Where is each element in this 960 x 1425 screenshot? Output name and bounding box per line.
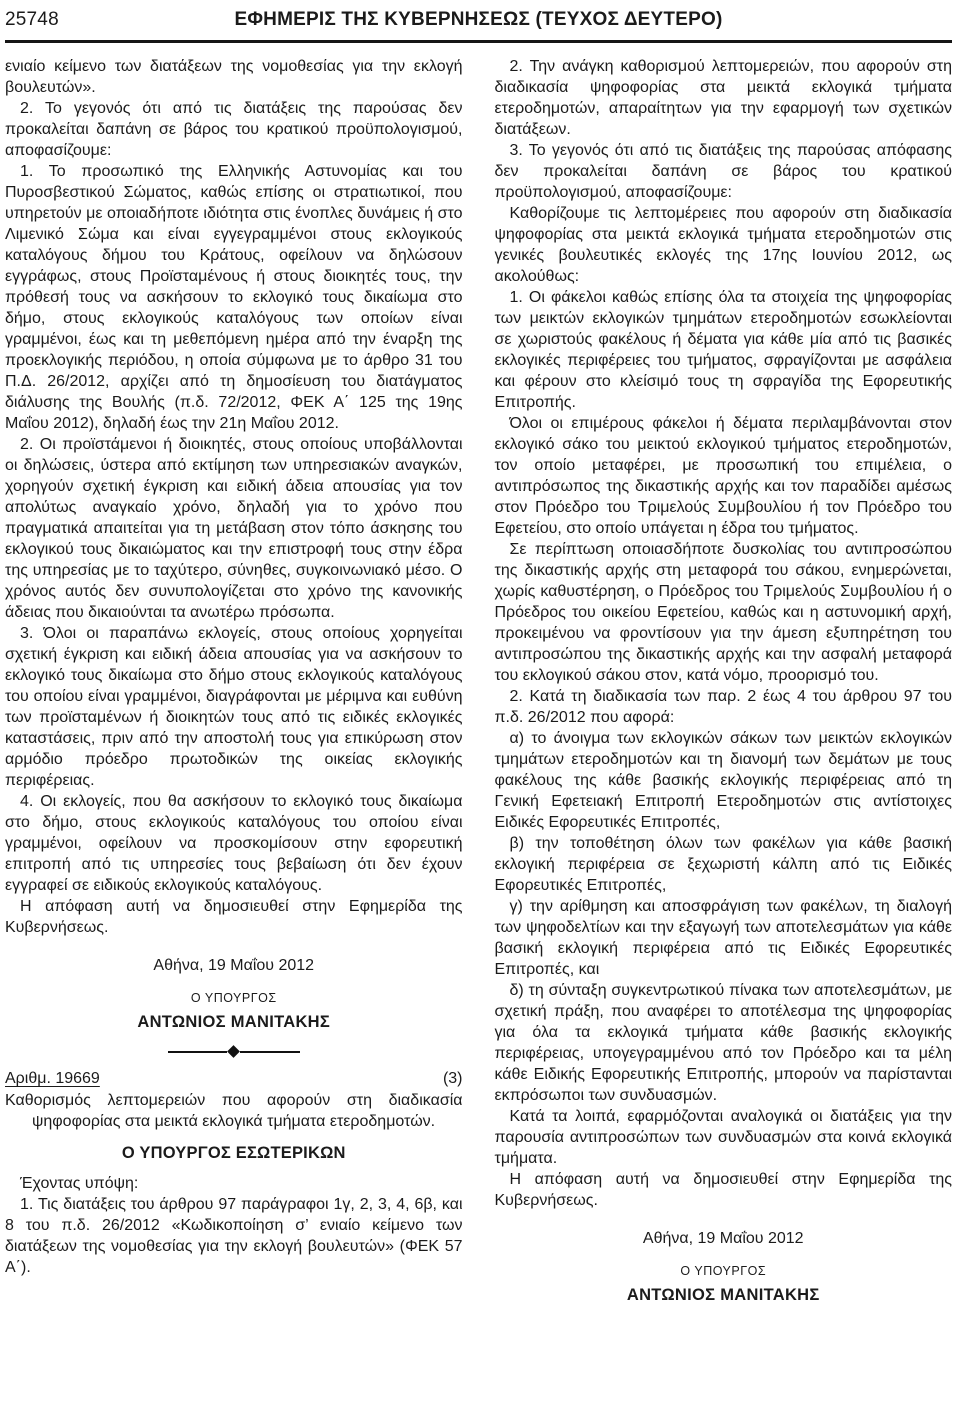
paragraph: Σε περίπτωση οποιασδήποτε δυσκολίας του … <box>495 539 953 686</box>
signature-name: ΑΝΤΩΝΙΟΣ ΜΑΝΙΤΑΚΗΣ <box>495 1285 953 1306</box>
section-divider <box>168 1047 300 1056</box>
page-header: 25748 ΕΦΗΜΕΡΙΣ ΤΗΣ ΚΥΒΕΡΝΗΣΕΩΣ (ΤΕΥΧΟΣ Δ… <box>5 6 952 43</box>
paragraph: 3. Το γεγονός ότι από τις διατάξεις της … <box>495 140 953 203</box>
paragraph: Καθορίζουμε τις λεπτομέρειες που αφορούν… <box>495 203 953 287</box>
signature-role: Ο ΥΠΟΥΡΓΟΣ <box>495 1261 953 1282</box>
decision-index: (3) <box>443 1068 463 1089</box>
diamond-icon <box>227 1045 240 1058</box>
paragraph: ενιαίο κείμενο των διατάξεων της νομοθεσ… <box>5 56 463 98</box>
paragraph: 1. Το προσωπικό της Ελληνικής Αστυνομίας… <box>5 161 463 434</box>
paragraph: 2. Το γεγονός ότι από τις διατάξεις της … <box>5 98 463 161</box>
paragraph: Όλοι οι επιμέρους φάκελοι ή δέματα περιλ… <box>495 413 953 539</box>
signature-role: Ο ΥΠΟΥΡΓΟΣ <box>5 988 463 1009</box>
decision-title: Καθορισμός λεπτομερειών που αφορούν στη … <box>5 1090 463 1132</box>
paragraph: Έχοντας υπόψη: <box>5 1173 463 1194</box>
paragraph: 2. Την ανάγκη καθορισμού λεπτομερειών, π… <box>495 56 953 140</box>
divider-line <box>240 1051 300 1053</box>
paragraph: 2. Κατά τη διαδικασία των παρ. 2 έως 4 τ… <box>495 686 953 728</box>
date-line: Αθήνα, 19 Μαΐου 2012 <box>495 1228 953 1249</box>
paragraph: 3. Όλοι οι παραπάνω εκλογείς, στους οποί… <box>5 623 463 791</box>
paragraph: 1. Τις διατάξεις του άρθρου 97 παράγραφο… <box>5 1194 463 1278</box>
paragraph: α) το άνοιγμα των εκλογικών σάκων των με… <box>495 728 953 833</box>
paragraph: 4. Οι εκλογείς, που θα ασκήσουν το εκλογ… <box>5 791 463 896</box>
paragraph: 1. Οι φάκελοι καθώς επίσης όλα τα στοιχε… <box>495 287 953 413</box>
right-column: 2. Την ανάγκη καθορισμού λεπτομερειών, π… <box>495 56 953 1311</box>
divider-line <box>168 1051 228 1053</box>
paragraph: 2. Οι προϊστάμενοι ή διοικητές, στους οπ… <box>5 434 463 623</box>
paragraph: δ) τη σύνταξη συγκεντρωτικού πίνακα των … <box>495 980 953 1106</box>
date-line: Αθήνα, 19 Μαΐου 2012 <box>5 955 463 976</box>
ministry-heading: Ο ΥΠΟΥΡΓΟΣ ΕΣΩΤΕΡΙΚΩΝ <box>5 1143 463 1164</box>
paragraph: Η απόφαση αυτή να δημοσιευθεί στην Εφημε… <box>495 1169 953 1211</box>
left-column: ενιαίο κείμενο των διατάξεων της νομοθεσ… <box>5 56 463 1278</box>
paragraph: Η απόφαση αυτή να δημοσιευθεί στην Εφημε… <box>5 896 463 938</box>
paragraph: β) την τοποθέτηση όλων των φακέλων για κ… <box>495 833 953 896</box>
gazette-page: 25748 ΕΦΗΜΕΡΙΣ ΤΗΣ ΚΥΒΕΡΝΗΣΕΩΣ (ΤΕΥΧΟΣ Δ… <box>0 0 960 1425</box>
decision-number: Αριθμ. 19669 <box>5 1068 100 1089</box>
decision-number-row: Αριθμ. 19669(3) <box>5 1068 463 1089</box>
two-column-body: ενιαίο κείμενο των διατάξεων της νομοθεσ… <box>5 56 952 1311</box>
paragraph: γ) την αρίθμηση και αποσφράγιση των φακέ… <box>495 896 953 980</box>
page-title: ΕΦΗΜΕΡΙΣ ΤΗΣ ΚΥΒΕΡΝΗΣΕΩΣ (ΤΕΥΧΟΣ ΔΕΥΤΕΡΟ… <box>235 9 723 30</box>
page-number: 25748 <box>5 9 59 31</box>
paragraph: Κατά τα λοιπά, εφαρμόζονται αναλογικά οι… <box>495 1106 953 1169</box>
signature-name: ΑΝΤΩΝΙΟΣ ΜΑΝΙΤΑΚΗΣ <box>5 1012 463 1033</box>
